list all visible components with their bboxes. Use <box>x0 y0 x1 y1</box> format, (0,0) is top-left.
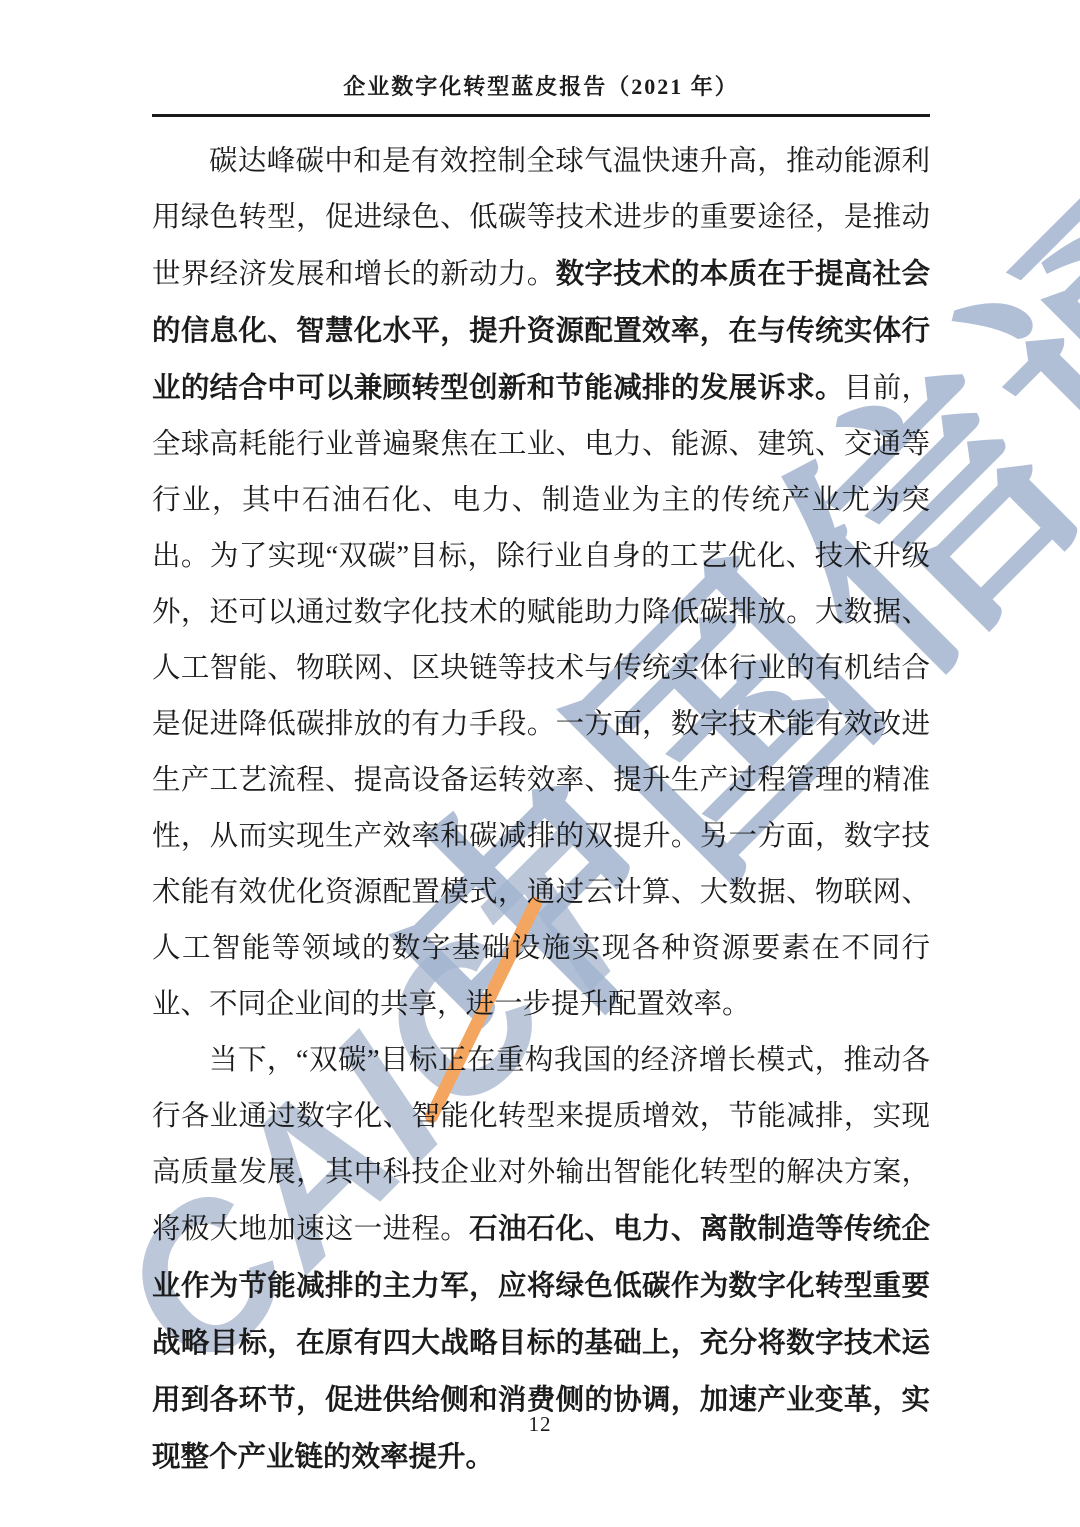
page-footer: 12 <box>0 1412 1080 1437</box>
paragraph: 碳达峰碳中和是有效控制全球气温快速升高，推动能源利用绿色转型，促进绿色、低碳等技… <box>152 134 930 1033</box>
text-segment-song: 目前，全球高耗能行业普遍聚焦在工业、电力、能源、建筑、交通等行业，其中石油石化、… <box>152 373 930 1020</box>
page-header: 企业数字化转型蓝皮报告（2021 年） <box>152 74 930 117</box>
report-title: 企业数字化转型蓝皮报告（2021 年） <box>152 74 930 100</box>
header-divider <box>152 114 930 117</box>
body-text: 碳达峰碳中和是有效控制全球气温快速升高，推动能源利用绿色转型，促进绿色、低碳等技… <box>152 134 930 1486</box>
document-page: CAICT 中国信通院 企业数字化转型蓝皮报告（2021 年） 碳达峰碳中和是有… <box>0 0 1080 1527</box>
page-number: 12 <box>529 1412 552 1436</box>
